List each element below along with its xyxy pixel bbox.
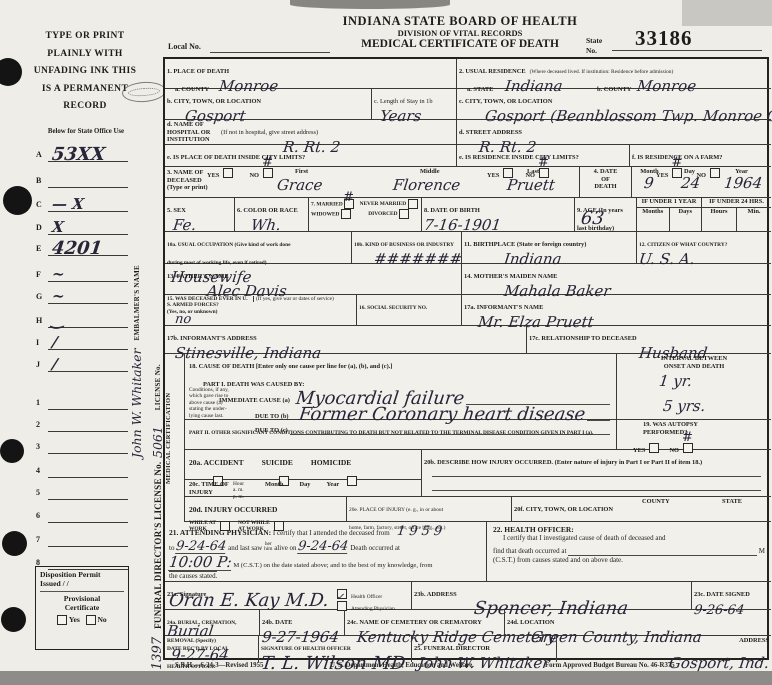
field-if-under-1-year: IF UNDER 1 YEAR Months Days — [637, 198, 702, 232]
field-signature: 23a. Signature Oran E. Kay M.D. Health O… — [165, 582, 412, 610]
field-mothers-maiden-name: 14. MOTHER'S MAIDEN NAME Mahala Baker — [462, 264, 771, 295]
field-residence-inside-city-limits: e. IS RESIDENCE INSIDE CITY LIMITS? YES … — [457, 145, 630, 167]
injury-line — [432, 476, 761, 477]
field-injury-occurred: 20d. INJURY OCCURRED WHILE AT WORK NOT W… — [185, 497, 347, 522]
state-office-value: ~ — [51, 267, 65, 282]
pen-mark: # — [343, 190, 354, 205]
field-marital-status: 7. MARRIED # NEVER MARRIED WIDOWED DIVOR… — [309, 198, 422, 232]
budget-bureau-number: Form Approved Budget Bureau No. 46-R375 — [545, 662, 675, 669]
state-office-row-i: I/ — [36, 338, 128, 352]
field-city-town: b. CITY, TOWN, OR LOCATION Gosport — [165, 89, 372, 120]
field-interval-onset-death: INTERVAL BETWEEN ONSET AND DEATH 1 yr. 5… — [617, 354, 771, 420]
field-kind-of-business: 10b. KIND OF BUSINESS OR INDUSTRY ######… — [352, 232, 462, 264]
field-birthplace: 11. BIRTHPLACE (State or foreign country… — [462, 232, 637, 264]
field-informant-address: 17b. INFORMANT'S ADDRESS Stinesville, In… — [165, 326, 527, 354]
state-office-value: / — [51, 357, 58, 372]
provisional-label: ProvisionalCertificate — [40, 591, 124, 612]
field-health-officer: 22. HEALTH OFFICER: I certify that I inv… — [487, 522, 771, 582]
check-mark: ✓ — [336, 592, 344, 603]
local-no-blank — [210, 52, 330, 53]
attended-to-value: 9-24-64 — [175, 540, 227, 554]
field-place-of-injury: 20e. PLACE OF INJURY (e. g., in or about… — [347, 497, 512, 522]
form-number: S.B.H.—6-24-3—Revised 1955 — [175, 662, 263, 669]
first-name-value: Grace — [276, 178, 323, 193]
state-office-row-h: H‿ — [36, 316, 128, 330]
state-office-row-j: J/ — [36, 360, 128, 374]
field-accident-suicide-homicide: 20a. ACCIDENT SUICIDE HOMICIDE — [185, 450, 422, 480]
punch-hole-icon — [0, 58, 22, 86]
field-if-under-24-hrs: IF UNDER 24 HRS. Hours Min. — [702, 198, 771, 232]
field-informant-name: 17a. INFORMANT'S NAME Mr. Elza Pruett — [462, 295, 771, 326]
field-death-month: Month 9 — [632, 167, 667, 198]
state-office-value: ‿ — [51, 313, 65, 328]
state-no-value: 33186 — [635, 26, 693, 51]
state-office-value: 4201 — [51, 240, 103, 258]
scan-corner-shadow — [682, 0, 772, 26]
field-burial-date: 24b. DATE 9-27-1964 — [260, 610, 345, 636]
provisional-yes-checkbox — [57, 615, 67, 625]
field-death-inside-city-limits: e. IS PLACE OF DEATH INSIDE CITY LIMITS?… — [165, 145, 457, 167]
provisional-no-checkbox — [86, 615, 96, 625]
state-office-row-c: C— X — [36, 200, 128, 214]
never-married-checkbox — [408, 199, 418, 209]
sex-value: Fe. — [172, 218, 197, 233]
disposition-permit-box: Disposition Permit Issued / / Provisiona… — [35, 566, 129, 650]
field-place-of-death-county: 1. PLACE OF DEATH a. COUNTY Monroe — [165, 59, 457, 89]
field-armed-forces: 15. WAS DECEASED EVER IN U. S. ARMED FOR… — [165, 295, 357, 326]
field-part-ii: PART II. OTHER SIGNIFICANT CONDITIONS CO… — [185, 420, 617, 450]
field-residence-city: c. CITY, TOWN, OR LOCATION Gosport (Bean… — [457, 89, 771, 120]
death-day-value: 24 — [680, 176, 701, 191]
numbered-row-7: 7 — [36, 535, 128, 549]
date-received-value: 9-27-64 — [170, 648, 230, 663]
numbered-row-3: 3 — [36, 442, 128, 456]
state-office-row-g: G~ — [36, 292, 128, 306]
state-office-row-d: DX — [36, 223, 128, 237]
injury-line — [432, 490, 761, 491]
medical-certification-strip: MEDICAL CERTIFICATION — [165, 354, 185, 522]
field-injury-city: 20f. CITY, TOWN, OR LOCATION COUNTY STAT… — [512, 497, 771, 522]
field-funeral-director-address: ADDRESS Gosport, Ind. — [557, 636, 771, 662]
certificate-form: 1. PLACE OF DEATH a. COUNTY Monroe 2. US… — [163, 57, 769, 660]
pen-mark: # — [682, 430, 693, 445]
punch-hole-icon — [2, 531, 27, 556]
embalmer-name-rotated: John W. Whitaker EMBALMER'S NAME — [128, 158, 146, 458]
death-certificate-scan: TYPE OR PRINT PLAINLY WITH UNFADING INK … — [0, 0, 772, 685]
scan-smudge — [290, 0, 450, 9]
widowed-checkbox — [341, 209, 351, 219]
field-date-received: DATE REC'D BY LOCAL HEALTH OFFICER 9-27-… — [165, 636, 259, 662]
numbered-row-4: 4 — [36, 466, 128, 480]
date-of-birth-value: 7-16-1901 — [423, 218, 502, 233]
field-usual-residence: 2. USUAL RESIDENCE (Where deceased lived… — [457, 59, 771, 89]
field-street-address: d. STREET ADDRESS R. Rt. 2 — [457, 120, 771, 145]
field-social-security-no: 16. SOCIAL SECURITY NO. — [357, 295, 462, 326]
field-date-of-birth: 8. DATE OF BIRTH 7-16-1901 — [422, 198, 575, 232]
physician-signature-value: Oran E. Kay M.D. — [168, 592, 330, 610]
state-office-value: / — [51, 335, 58, 350]
numbered-row-5: 5 — [36, 488, 128, 502]
field-time-of-injury: 20c. TIME OF INJURY Hour a. m. p. m. Mon… — [185, 480, 422, 497]
state-office-row-e: E4201 — [36, 244, 128, 258]
field-date-of-death-label: 4. DATE OF DEATH — [580, 167, 632, 198]
field-name-of-deceased: 3. NAME OF DECEASED (Type or print) Firs… — [165, 167, 580, 198]
field-was-autopsy: 19. WAS AUTOPSY PERFORMED? YES NO # — [617, 420, 771, 450]
last-alive-value: 9-24-64 — [297, 540, 349, 554]
field-color-or-race: 6. COLOR OR RACE Wh. — [235, 198, 309, 232]
punch-hole-icon — [3, 186, 32, 215]
field-hospital-name: d. NAME OF HOSPITAL OR INSTITUTION (If n… — [165, 120, 457, 145]
field-cemetery-name: 24c. NAME OF CEMETERY OR CREMATORY Kentu… — [345, 610, 505, 636]
field-age: 9. AGE (In years last birthday) 63 — [575, 198, 637, 232]
title-board-of-health: INDIANA STATE BOARD OF HEALTH — [300, 14, 620, 29]
field-death-year: Year 1964 — [712, 167, 771, 198]
state-office-row-f: F~ — [36, 270, 128, 284]
field-burial-type: 24a. BURIAL, CREMATION, REMOVAL (Specify… — [165, 610, 260, 636]
field-attending-physician: 21. ATTENDING PHYSICIAN: I certify that … — [165, 522, 487, 582]
field-health-officer-signature: SIGNATURE OF HEALTH OFFICER T. L. Wilson… — [259, 636, 412, 662]
punch-hole-icon — [0, 439, 24, 463]
field-date-signed: 23c. DATE SIGNED 9-26-64 — [692, 582, 771, 610]
interval-b-value: 5 yrs. — [662, 399, 706, 414]
death-year-value: 1964 — [723, 176, 763, 191]
last-name-value: Pruett — [506, 178, 556, 193]
state-office-row-a: A53XX — [36, 150, 128, 164]
funeral-director-address-value: Gosport, Ind. — [668, 656, 770, 671]
local-no-label: Local No. — [168, 42, 201, 51]
numbered-row-6: 6 — [36, 511, 128, 525]
punch-hole-icon — [1, 607, 26, 632]
time-of-death-value: 10:00 P: — [168, 555, 233, 571]
field-describe-injury: 20b. DESCRIBE HOW INJURY OCCURRED. (Ente… — [422, 450, 771, 497]
field-residence-on-farm: f. IS RESIDENCE ON A FARM? YES # NO — [630, 145, 771, 167]
field-usual-occupation: 10a. USUAL OCCUPATION (Give kind of work… — [165, 232, 352, 264]
state-office-value: 53XX — [51, 146, 106, 164]
state-office-use-label: Below for State Office Use — [36, 128, 136, 135]
field-cause-of-death: 18. CAUSE OF DEATH [Enter only one cause… — [185, 354, 617, 420]
race-value: Wh. — [250, 218, 282, 233]
divorced-checkbox — [399, 209, 409, 219]
field-length-of-stay: c. Length of Stay in 1b Years — [372, 89, 457, 120]
middle-name-value: Florence — [392, 178, 461, 193]
state-office-value: — X — [51, 197, 85, 212]
field-death-day: Day 24 — [667, 167, 712, 198]
numbered-row-2: 2 — [36, 420, 128, 434]
field-citizen-of: 12. CITIZEN OF WHAT COUNTRY? U. S. A. — [637, 232, 771, 264]
state-no-label: State No. — [586, 36, 602, 56]
disposition-line2: Issued / / — [40, 579, 124, 588]
state-office-value: X — [51, 220, 64, 235]
state-office-value: ~ — [51, 289, 65, 304]
field-funeral-director: 25. FUNERAL DIRECTOR John W. Whitaker — [412, 636, 557, 662]
field-relationship: 17c. RELATIONSHIP TO DECEASED Husband — [527, 326, 771, 354]
armed-forces-value: no — [174, 313, 192, 326]
title-division: DIVISION OF VITAL RECORDS — [300, 28, 620, 38]
field-fathers-name: 13. FATHER'S NAME Alec Davis — [165, 264, 462, 295]
title-certificate: MEDICAL CERTIFICATE OF DEATH — [300, 38, 620, 50]
death-month-value: 9 — [643, 176, 654, 191]
department-credit: U. S. Department Health, Education and W… — [330, 662, 474, 669]
typing-notice: TYPE OR PRINT PLAINLY WITH UNFADING INK … — [30, 28, 140, 116]
numbered-row-1: 1 — [36, 398, 128, 412]
field-signer-address: 23b. ADDRESS Spencer, Indiana — [412, 582, 692, 610]
attended-from-value: 1959 — [397, 525, 448, 538]
field-cemetery-location: 24d. LOCATION Green County, Indiana — [505, 610, 771, 636]
field-sex: 5. SEX Fe. — [165, 198, 235, 232]
age-value: 63 — [580, 210, 605, 228]
interval-a-value: 1 yr. — [658, 374, 693, 389]
state-office-row-b: B — [36, 176, 128, 190]
disposition-line1: Disposition Permit — [40, 570, 124, 579]
